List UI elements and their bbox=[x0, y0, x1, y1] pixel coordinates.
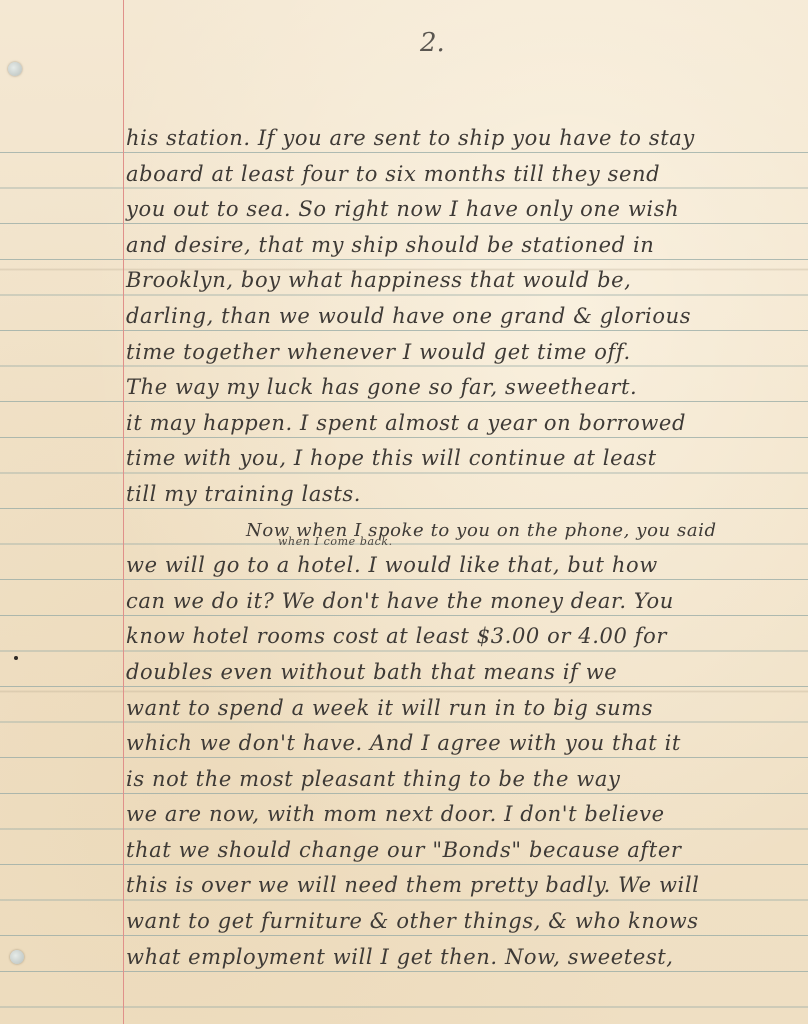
letter-line: we are now, with mom next door. I don't … bbox=[126, 797, 806, 833]
letter-line: his station. If you are sent to ship you… bbox=[126, 121, 806, 157]
letter-line: can we do it? We don't have the money de… bbox=[126, 584, 806, 620]
red-margin-line bbox=[123, 0, 124, 1024]
letter-line: this is over we will need them pretty ba… bbox=[126, 868, 806, 904]
letter-line: what employment will I get then. Now, sw… bbox=[126, 940, 806, 976]
letter-line: The way my luck has gone so far, sweethe… bbox=[126, 370, 806, 406]
letter-line: want to spend a week it will run in to b… bbox=[126, 691, 806, 727]
letter-line: when I come back. we will go to a hotel.… bbox=[126, 548, 806, 584]
punch-hole-bottom bbox=[10, 950, 24, 964]
letter-line: aboard at least four to six months till … bbox=[126, 157, 806, 193]
letter-body: his station. If you are sent to ship you… bbox=[126, 121, 806, 975]
letter-line: know hotel rooms cost at least $3.00 or … bbox=[126, 619, 806, 655]
letter-line: till my training lasts. bbox=[126, 477, 806, 513]
letter-line: want to get furniture & other things, & … bbox=[126, 904, 806, 940]
letter-line: you out to sea. So right now I have only… bbox=[126, 192, 806, 228]
letter-line: time together whenever I would get time … bbox=[126, 335, 806, 371]
letter-line-text: we will go to a hotel. I would like that… bbox=[126, 553, 658, 577]
letter-line: which we don't have. And I agree with yo… bbox=[126, 726, 806, 762]
letter-line: darling, than we would have one grand & … bbox=[126, 299, 806, 335]
letter-line: doubles even without bath that means if … bbox=[126, 655, 806, 691]
letter-line: is not the most pleasant thing to be the… bbox=[126, 762, 806, 798]
letter-line: it may happen. I spent almost a year on … bbox=[126, 406, 806, 442]
letter-line: time with you, I hope this will continue… bbox=[126, 441, 806, 477]
page-number: 2. bbox=[420, 28, 445, 58]
letter-line-indented: Now when I spoke to you on the phone, yo… bbox=[126, 513, 806, 549]
letter-line: and desire, that my ship should be stati… bbox=[126, 228, 806, 264]
ink-dot bbox=[14, 656, 18, 660]
letter-line: that we should change our "Bonds" becaus… bbox=[126, 833, 806, 869]
letter-line: Brooklyn, boy what happiness that would … bbox=[126, 263, 806, 299]
punch-hole-top bbox=[8, 62, 22, 76]
handwritten-insertion: when I come back. bbox=[278, 536, 393, 548]
